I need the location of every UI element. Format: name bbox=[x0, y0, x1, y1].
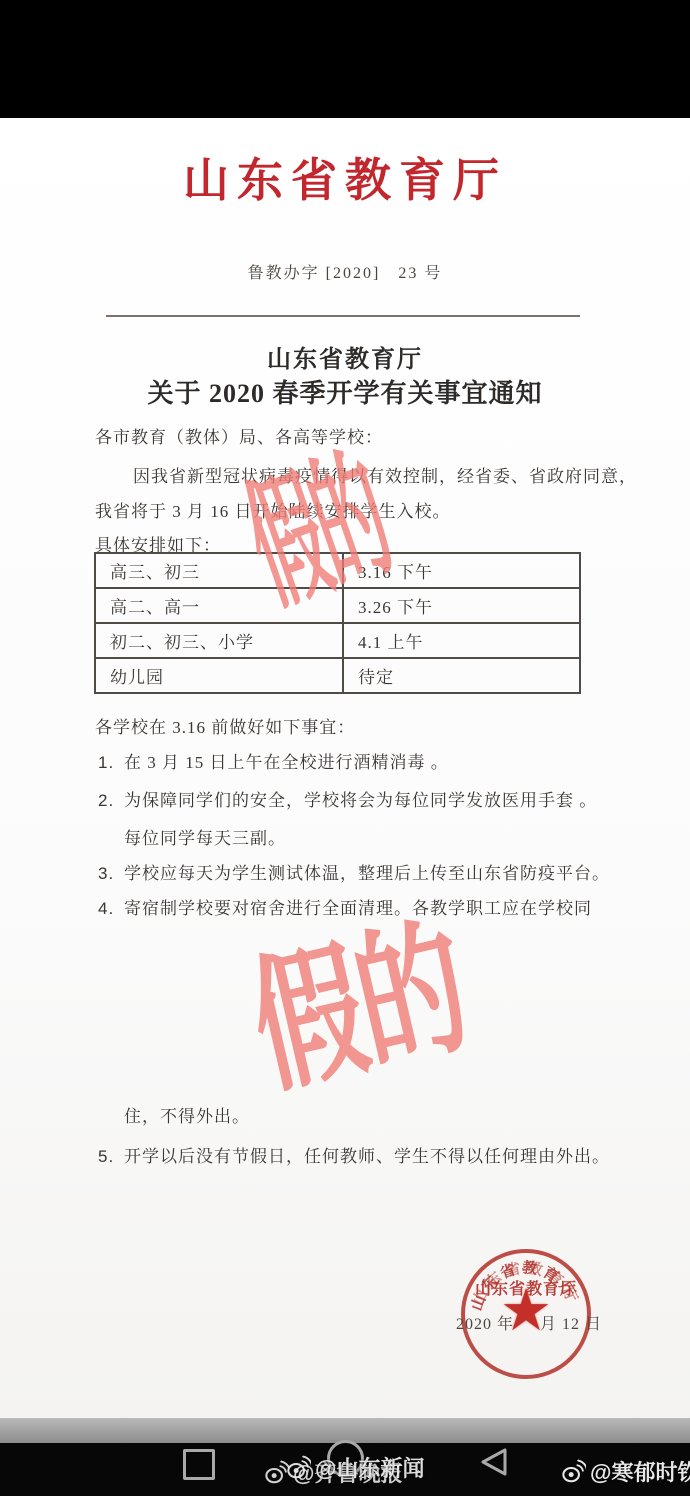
list-item-number: 5. bbox=[98, 1147, 124, 1167]
table-row: 高三、初三 3.16 下午 bbox=[95, 553, 580, 588]
recents-icon[interactable] bbox=[183, 1449, 215, 1480]
notice-title-line2: 关于 2020 春季开学有关事宜通知 bbox=[0, 373, 690, 410]
list-item: 3.学校应每天为学生测试体温，整理后上传至山东省防疫平台。 bbox=[98, 859, 598, 884]
list-item-continuation: 每位同学每天三副。 bbox=[124, 824, 286, 849]
table-row: 初二、初三、小学 4.1 上午 bbox=[95, 623, 580, 658]
time-cell: 3.26 下午 bbox=[343, 588, 580, 623]
weibo-icon bbox=[286, 1455, 311, 1480]
time-cell: 待定 bbox=[343, 658, 580, 693]
table-row: 幼儿园 待定 bbox=[95, 658, 580, 693]
salutation: 各市教育（教体）局、各高等学校： bbox=[95, 423, 383, 448]
list-item-continuation: 住，不得外出。 bbox=[124, 1102, 250, 1127]
list-item-text: 寄宿制学校要对宿舍进行全面清理。各教学职工应在学校同 bbox=[124, 899, 592, 918]
document-page: 山东省教育厅 鲁教办字 [2020] 23 号 山东省教育厅 关于 2020 春… bbox=[0, 118, 690, 1420]
document-number: 鲁教办字 [2020] 23 号 bbox=[0, 260, 690, 283]
weibo-watermark-center-front: @山东新闻 bbox=[286, 1452, 424, 1483]
time-cell: 3.16 下午 bbox=[343, 553, 580, 588]
letterhead-divider bbox=[106, 315, 580, 317]
time-cell: 4.1 上午 bbox=[343, 623, 580, 658]
list-item-number: 3. bbox=[98, 864, 124, 884]
list-item: 5.开学以后没有节假日，任何教师、学生不得以任何理由外出。 bbox=[98, 1142, 598, 1167]
seal-star-icon: ★ bbox=[493, 1278, 559, 1344]
letterhead-title: 山东省教育厅 bbox=[0, 144, 690, 210]
grade-cell: 高二、高一 bbox=[95, 588, 343, 623]
weibo-watermark-right: @寒郁时钦 bbox=[561, 1456, 690, 1487]
phone-screenshot: 山东省教育厅 鲁教办字 [2020] 23 号 山东省教育厅 关于 2020 春… bbox=[0, 0, 690, 1496]
list-item: 1.在 3 月 15 日上午在全校进行酒精消毒 。 bbox=[98, 748, 598, 773]
weibo-watermark-text: @山东新闻 bbox=[315, 1452, 424, 1483]
list-item-text: 为保障同学们的安全，学校将会为每位同学发放医用手套 。 bbox=[124, 791, 597, 810]
weibo-icon bbox=[561, 1459, 586, 1484]
table-row: 高二、高一 3.26 下午 bbox=[95, 588, 580, 623]
back-icon[interactable] bbox=[477, 1447, 509, 1477]
list-item-number: 4. bbox=[98, 899, 124, 919]
preparation-intro: 各学校在 3.16 前做好如下事宜： bbox=[95, 713, 355, 738]
paragraph-line2: 我省将于 3 月 16 日开始陆续安排学生入校。 bbox=[95, 497, 451, 522]
notice-title-line1: 山东省教育厅 bbox=[0, 339, 690, 374]
list-item-text: 开学以后没有节假日，任何教师、学生不得以任何理由外出。 bbox=[124, 1147, 610, 1166]
official-seal: 山东省教育厅 山东省教育厅 山东省教育厅 2020 年月 12 日 ★ bbox=[456, 1242, 596, 1382]
grade-cell: 初二、初三、小学 bbox=[95, 623, 343, 658]
grade-cell: 高三、初三 bbox=[95, 553, 343, 588]
list-item-number: 1. bbox=[98, 753, 124, 773]
list-item-text: 在 3 月 15 日上午在全校进行酒精消毒 。 bbox=[124, 753, 449, 772]
schedule-table: 高三、初三 3.16 下午 高二、高一 3.26 下午 初二、初三、小学 4.1… bbox=[94, 552, 581, 694]
grade-cell: 幼儿园 bbox=[95, 658, 343, 693]
list-item: 4.寄宿制学校要对宿舍进行全面清理。各教学职工应在学校同 bbox=[98, 894, 598, 919]
list-item-text: 学校应每天为学生测试体温，整理后上传至山东省防疫平台。 bbox=[124, 864, 610, 883]
weibo-watermark-text: @寒郁时钦 bbox=[590, 1456, 690, 1487]
list-item: 2.为保障同学们的安全，学校将会为每位同学发放医用手套 。 bbox=[98, 786, 598, 811]
paragraph-line1: 因我省新型冠状病毒疫情得以有效控制，经省委、省政府同意， bbox=[133, 462, 637, 487]
list-item-number: 2. bbox=[98, 791, 124, 811]
